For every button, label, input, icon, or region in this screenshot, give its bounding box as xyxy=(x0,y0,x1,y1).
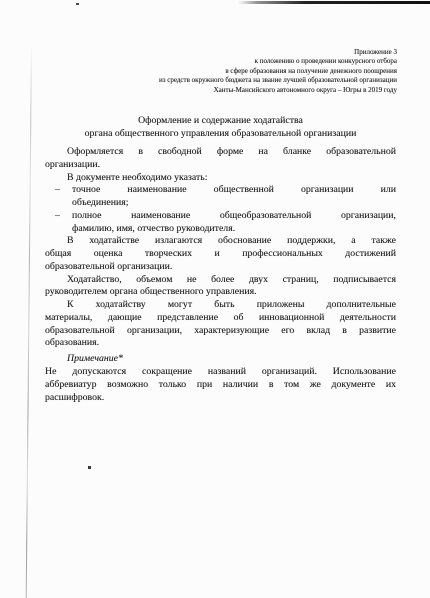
scan-fold-line-left xyxy=(26,45,33,598)
text-line: Не допускаются сокращение названий орган… xyxy=(45,366,396,379)
body-paragraphs: Оформляется в свободной форме на бланке … xyxy=(45,146,396,350)
text-line: образования. xyxy=(45,337,396,350)
appendix-line: из средств окружного бюджета на звание л… xyxy=(90,76,397,85)
bullet-dash: – xyxy=(55,184,60,197)
text-line: расшифровок. xyxy=(45,392,396,405)
appendix-line: к положению о проведении конкурсного отб… xyxy=(90,57,397,66)
text-line: Ходатайство, объемом не более двух стран… xyxy=(45,274,396,287)
text-line: организации. xyxy=(45,159,396,172)
appendix-header: Приложение 3 к положению о проведении ко… xyxy=(90,48,397,95)
text-line: образовательной организации. xyxy=(45,261,396,274)
note-block: Примечание* Не допускаются сокращение на… xyxy=(45,353,396,405)
appendix-line: в сфере образования на получение денежно… xyxy=(90,67,397,76)
text-line: аббревиатур возможно только при наличии … xyxy=(45,379,396,392)
scan-edge-artifact-top xyxy=(238,1,430,4)
paragraph: –полное наименование общеобразовательной… xyxy=(45,210,396,236)
text-line: руководителем органа общественного управ… xyxy=(45,286,396,299)
paragraph: –точное наименование общественной органи… xyxy=(45,184,396,210)
text-line: образовательной организации, характеризу… xyxy=(45,325,396,338)
appendix-line: Приложение 3 xyxy=(90,48,397,57)
text-line: В ходатайстве излагаются обоснование под… xyxy=(45,235,396,248)
scan-dot-artifact xyxy=(76,3,79,5)
paragraph: В документе необходимо указать: xyxy=(45,172,396,185)
appendix-line: Ханты-Мансийского автономного округа – Ю… xyxy=(90,86,397,95)
text-line: К ходатайству могут быть приложены допол… xyxy=(45,299,396,312)
note-lines: Не допускаются сокращение названий орган… xyxy=(45,366,396,405)
text-line: точное наименование общественной организ… xyxy=(72,184,396,197)
scan-speck-artifact xyxy=(88,466,91,469)
paragraph: В ходатайстве излагаются обоснование под… xyxy=(45,235,396,273)
paragraph: Оформляется в свободной форме на бланке … xyxy=(45,146,396,172)
text-line: полное наименование общеобразовательной … xyxy=(72,210,396,223)
paragraph: К ходатайству могут быть приложены допол… xyxy=(45,299,396,350)
text-line: материалы, дающие представление об иннов… xyxy=(45,312,396,325)
document-title: Оформление и содержание ходатайства орга… xyxy=(45,114,396,140)
text-line: фамилию, имя, отчество руководителя. xyxy=(72,223,396,236)
paragraph: Ходатайство, объемом не более двух стран… xyxy=(45,274,396,300)
title-line: Оформление и содержание ходатайства xyxy=(45,114,396,127)
scanned-document-page: Приложение 3 к положению о проведении ко… xyxy=(0,0,430,598)
text-line: общая оценка творческих и профессиональн… xyxy=(45,248,396,261)
title-line: органа общественного управления образова… xyxy=(45,127,396,140)
text-line: В документе необходимо указать: xyxy=(45,172,396,185)
note-label: Примечание* xyxy=(45,353,396,366)
text-line: объединения; xyxy=(72,197,396,210)
text-line: Оформляется в свободной форме на бланке … xyxy=(45,146,396,159)
bullet-dash: – xyxy=(55,210,60,223)
